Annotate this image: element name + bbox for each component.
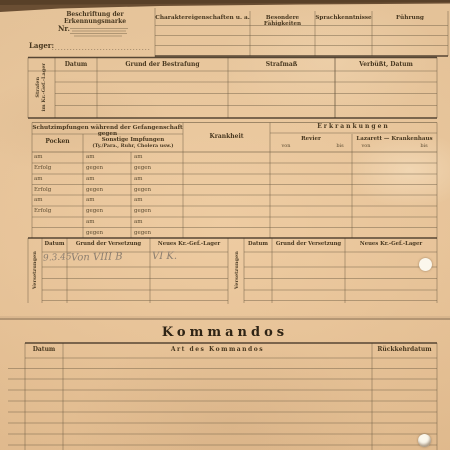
kommandos-col-art: Art des Kommandos	[63, 347, 372, 354]
strafen-side-label-line2: im Kr.-Gef.-Lager	[42, 63, 48, 112]
handwritten-transfer-date: 9.3.45	[43, 252, 72, 264]
lager-label: Lager:	[29, 42, 54, 50]
col-header-sprachkenntnisse: Sprachkenntnisse	[315, 15, 372, 21]
erk-col-lazarett: Lazarett — Krankenhaus	[352, 136, 437, 142]
impf-sub2-row-label: am	[134, 176, 143, 182]
versetzungen-col-datum: Datum	[42, 242, 67, 248]
punch-hole-top	[419, 258, 432, 271]
versetzungen-side-label-text: Versetzungen	[233, 252, 239, 290]
impf-col-sonstige: Sonstige Impfungen	[83, 137, 183, 143]
punch-hole-bottom	[418, 434, 431, 447]
pocken-row-label: Erfolg	[34, 187, 51, 193]
impf-sub1-row-label: gegen	[86, 165, 103, 171]
impf-col-sonstige-detail: (Ty./Para., Ruhr, Cholera usw.)	[83, 144, 183, 149]
impf-sub2-row-label: am	[134, 197, 143, 203]
col-header-besondere-faehigkeiten: Besondere Fähigkeiten	[250, 15, 315, 28]
erkrankungen-header: Erkrankungen	[270, 124, 437, 131]
strafen-side-label: Strafen im Kr.-Gef.-Lager	[28, 57, 55, 118]
col-header-fuehrung: Führung	[372, 15, 448, 21]
impf-sub1-row-label: gegen	[86, 208, 103, 214]
kommandos-col-rueckkehrdatum: Rückkehrdatum	[372, 347, 437, 354]
impf-sub1-row-label: am	[86, 154, 95, 160]
strafen-col-datum: Datum	[55, 62, 97, 69]
pocken-row-label: am	[34, 176, 43, 182]
versetzungen-col-grund: Grund der Versetzung	[67, 242, 150, 248]
revier-bis-label: bis	[330, 144, 350, 150]
strafen-col-strafmass: Strafmaß	[228, 62, 335, 69]
revier-von-label: von	[276, 144, 296, 150]
pow-record-card: Beschriftung der Erkennungsmarke Nr. Lag…	[0, 0, 450, 450]
kommandos-title: Kommandos	[0, 326, 450, 341]
impf-sub1-row-label: gegen	[86, 187, 103, 193]
versetzungen-col-neues-lager: Neues Kr.-Gef.-Lager	[150, 242, 228, 248]
impf-sub2-row-label: am	[134, 154, 143, 160]
versetzungen-col-neues-lager-2: Neues Kr.-Gef.-Lager	[345, 242, 437, 248]
impf-sub2-row-label: gegen	[134, 230, 151, 236]
pocken-row-label: am	[34, 197, 43, 203]
strafen-col-verbuesst: Verbüßt, Datum	[335, 62, 437, 69]
kommandos-col-datum: Datum	[25, 347, 63, 354]
impfungen-header: Schutzimpfungen während der Gefangenscha…	[32, 125, 183, 138]
pocken-row-label: Erfolg	[34, 165, 51, 171]
lazarett-bis-label: bis	[414, 144, 434, 150]
pocken-row-label: am	[34, 154, 43, 160]
impf-col-krankheit: Krankheit	[183, 134, 270, 141]
lazarett-von-label: von	[356, 144, 376, 150]
col-header-charaktereigenschaften: Charaktereigenschaften u. a.	[155, 15, 250, 21]
versetzungen-side-label-left: Versetzungen	[28, 238, 42, 303]
versetzungen-col-grund-2: Grund der Versetzung	[272, 242, 345, 248]
impf-sub1-row-label: am	[86, 219, 95, 225]
impf-sub2-row-label: am	[134, 219, 143, 225]
impf-sub2-row-label: gegen	[134, 165, 151, 171]
handwritten-new-camp: VI K.	[152, 251, 177, 262]
versetzungen-col-datum-2: Datum	[244, 242, 272, 248]
impf-sub1-row-label: am	[86, 176, 95, 182]
pocken-row-label: Erfolg	[34, 208, 51, 214]
impf-sub2-row-label: gegen	[134, 187, 151, 193]
versetzungen-side-label-text: Versetzungen	[32, 252, 38, 290]
erk-col-revier: Revier	[270, 136, 352, 142]
impf-col-pocken: Pocken	[32, 139, 83, 146]
handwritten-transfer-reason: Von VIII B	[71, 252, 123, 264]
versetzungen-side-label-right: Versetzungen	[229, 238, 244, 303]
impf-sub2-row-label: gegen	[134, 208, 151, 214]
strafen-col-grund: Grund der Bestrafung	[97, 62, 228, 69]
impf-sub1-row-label: am	[86, 197, 95, 203]
erkennungsmarke-label: Beschriftung der Erkennungsmarke	[36, 12, 154, 25]
nr-label: Nr.	[58, 25, 70, 33]
impf-sub1-row-label: gegen	[86, 230, 103, 236]
